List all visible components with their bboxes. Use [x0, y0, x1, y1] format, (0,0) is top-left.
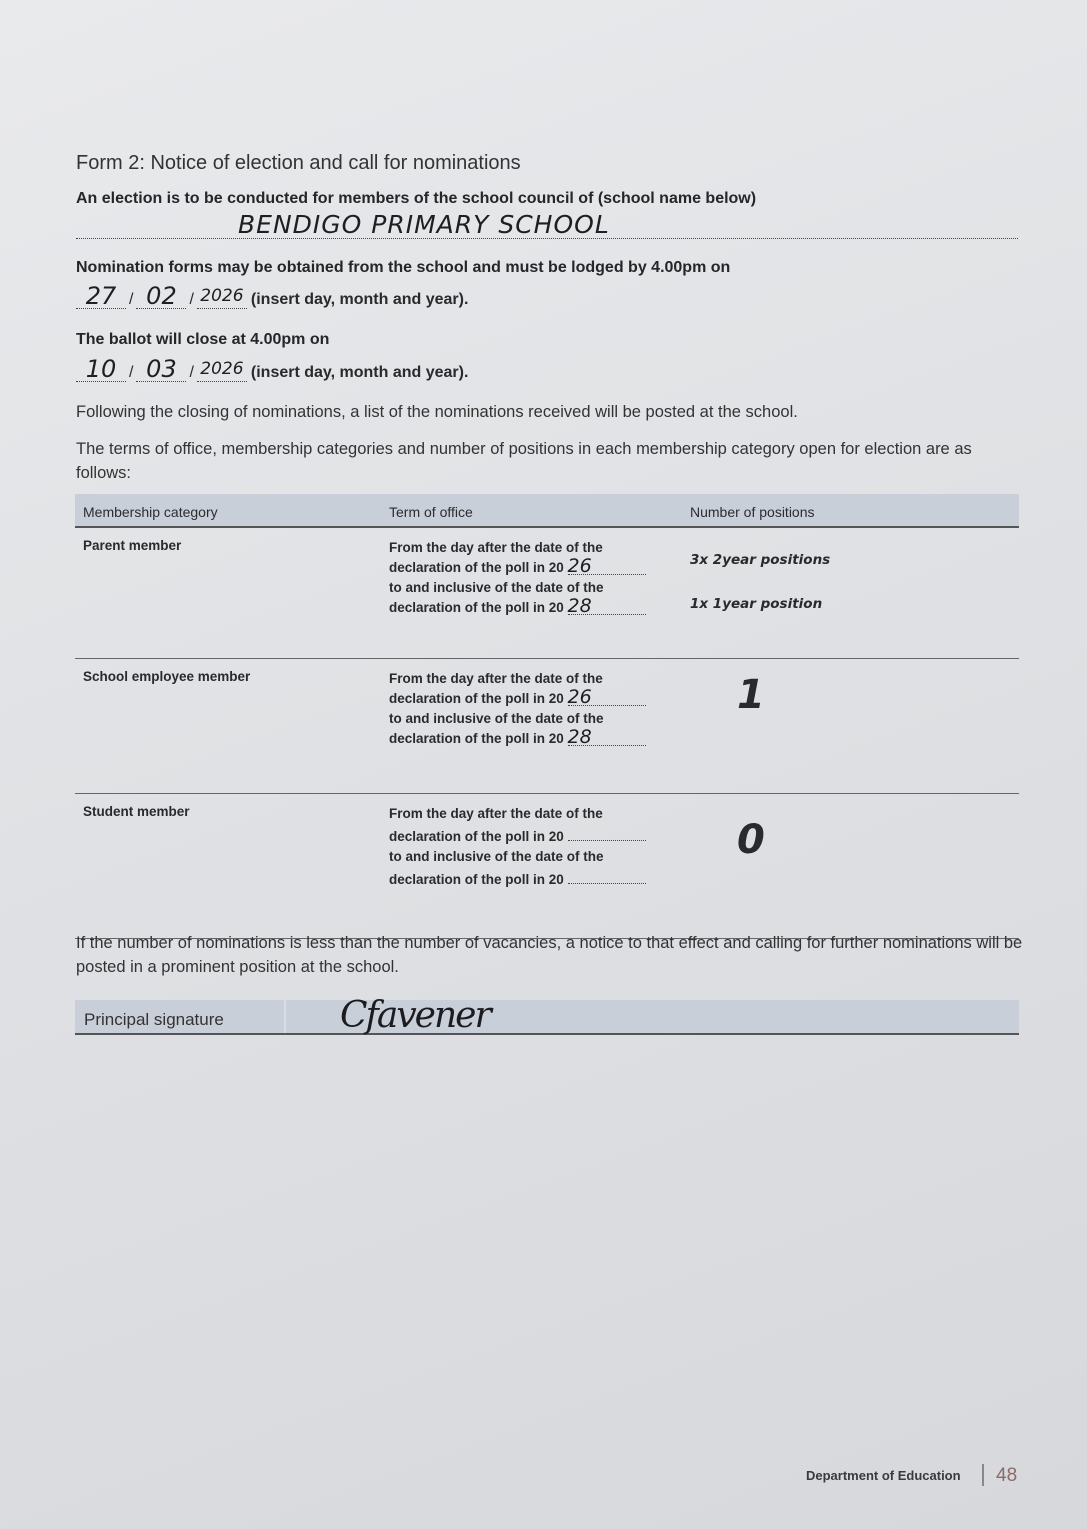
positions-cell[interactable]: 1 — [682, 659, 1019, 794]
date-hint: (insert day, month and year). — [251, 364, 469, 382]
signature-label: Principal signature — [84, 1010, 224, 1030]
from-year-field[interactable]: 26 — [568, 555, 592, 577]
ballot-date-field[interactable]: 10 / 03 / 2026 (insert day, month and ye… — [76, 357, 468, 382]
terms-text: The terms of office, membership categori… — [76, 437, 1026, 485]
nomination-year[interactable]: 2026 — [200, 286, 243, 306]
form-title: Form 2: Notice of election and call for … — [76, 152, 521, 175]
following-text: Following the closing of nominations, a … — [76, 403, 798, 422]
term-cell: From the day after the date of the decla… — [381, 659, 682, 794]
category-cell: School employee member — [75, 659, 381, 794]
membership-table: Membership category Term of office Numbe… — [75, 494, 1019, 939]
principal-signature-field[interactable]: Cfavener — [340, 995, 490, 1036]
nomination-date-field[interactable]: 27 / 02 / 2026 (insert day, month and ye… — [76, 284, 468, 309]
term-cell: From the day after the date of the decla… — [381, 794, 682, 939]
table-row: Parent member From the day after the dat… — [75, 527, 1019, 659]
nominations-text: Nomination forms may be obtained from th… — [76, 259, 730, 277]
intro-text: An election is to be conducted for membe… — [76, 190, 756, 208]
nomination-month[interactable]: 02 — [146, 282, 177, 310]
positions-cell[interactable]: 0 — [682, 794, 1019, 939]
to-year-field[interactable]: 28 — [568, 595, 592, 617]
ballot-year[interactable]: 2026 — [200, 359, 243, 379]
header-term-of-office: Term of office — [381, 494, 682, 527]
from-year-field[interactable]: 26 — [568, 686, 592, 708]
category-cell: Student member — [75, 794, 381, 939]
page-number: 48 — [996, 1465, 1017, 1487]
ballot-day[interactable]: 10 — [86, 355, 117, 383]
ballot-month[interactable]: 03 — [146, 355, 177, 383]
table-row: School employee member From the day afte… — [75, 659, 1019, 794]
nomination-day[interactable]: 27 — [86, 282, 117, 310]
signature-divider — [284, 1000, 286, 1033]
term-cell: From the day after the date of the decla… — [381, 527, 682, 659]
footer-divider — [982, 1464, 984, 1486]
positions-cell[interactable]: 3x 2year positions 1x 1year position — [682, 527, 1019, 659]
to-year-field[interactable]: 28 — [568, 726, 592, 748]
vacancy-text: If the number of nominations is less tha… — [76, 931, 1026, 979]
footer-department: Department of Education — [806, 1468, 961, 1483]
header-membership-category: Membership category — [75, 494, 381, 527]
header-number-of-positions: Number of positions — [682, 494, 1019, 527]
table-row: Student member From the day after the da… — [75, 794, 1019, 939]
school-name-field[interactable]: BENDIGO PRIMARY SCHOOL — [238, 210, 610, 239]
date-hint: (insert day, month and year). — [251, 291, 469, 309]
category-cell: Parent member — [75, 527, 381, 659]
ballot-text: The ballot will close at 4.00pm on — [76, 331, 329, 349]
